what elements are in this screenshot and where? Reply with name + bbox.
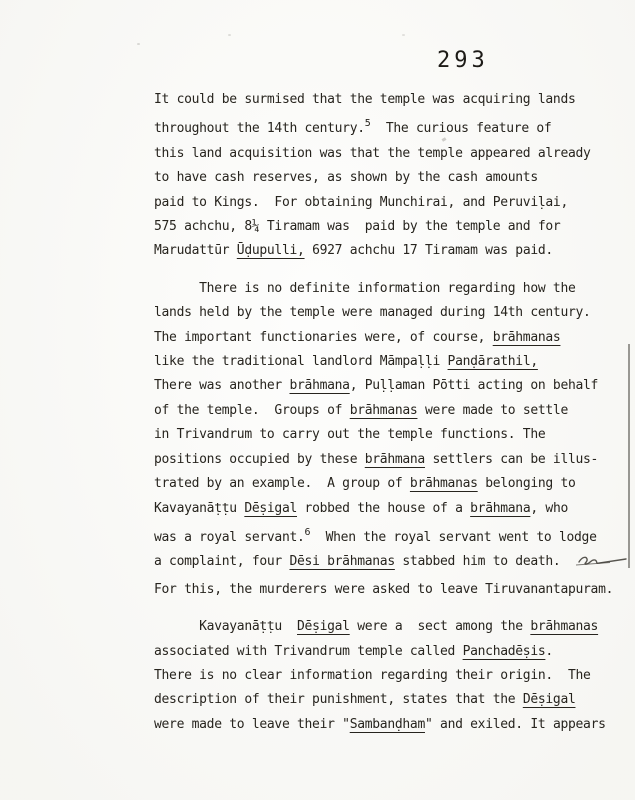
text-line: throughout the 14th century.5 The curiou… [154, 112, 624, 141]
pen-squiggle [574, 553, 628, 577]
text-segment: The curious feature of [371, 121, 552, 136]
text-segment: were a sect among the [350, 619, 531, 634]
text-segment: 575 achchu, 8¼ Tiramam was paid by the t… [154, 219, 560, 234]
text-line: Kavayanāṭṭu Dēṣigal robbed the house of … [154, 497, 624, 521]
text-line: It could be surmised that the temple was… [154, 88, 624, 112]
text-line: paid to Kings. For obtaining Munchirai, … [154, 191, 624, 215]
text-segment: There is no definite information regardi… [154, 281, 576, 296]
text-line: There was another brāhmana, Puḷḷaman Pōt… [154, 374, 624, 398]
underlined-term: brāhmanas [410, 476, 478, 491]
underlined-term: brāhmana [470, 501, 530, 516]
text-segment: of the temple. Groups of [154, 403, 350, 418]
text-segment: The important functionaries were, of cou… [154, 330, 493, 345]
underlined-term: brāhmanas [493, 330, 561, 345]
text-segment: throughout the 14th century. [154, 121, 365, 136]
text-segment: a complaint, four [154, 554, 289, 569]
text-line: description of their punishment, states … [154, 688, 624, 712]
underlined-term: Panḍārathil, [448, 354, 538, 369]
document-page: 293 It could be surmised that the temple… [0, 0, 635, 800]
paragraph-3: Kavayanāṭṭu Dēṣigal were a sect among th… [154, 615, 624, 737]
text-segment: For this, the murderers were asked to le… [154, 582, 613, 597]
underlined-term: Panchadēṣis [463, 644, 546, 659]
text-segment: trated by an example. A group of [154, 476, 410, 491]
text-segment: It could be surmised that the temple was… [154, 92, 576, 107]
text-segment: description of their punishment, states … [154, 692, 523, 707]
text-line: was a royal servant.6 When the royal ser… [154, 521, 624, 550]
text-line: a complaint, four Dēsi brāhmanas stabbed… [154, 550, 624, 577]
text-segment: . [545, 644, 553, 659]
underlined-term: Sambanḍham [350, 717, 425, 732]
underlined-term: Dēsi brāhmanas [289, 554, 394, 569]
text-segment: 6927 achchu 17 Tiramam was paid. [305, 243, 553, 258]
text-line: to have cash reserves, as shown by the c… [154, 166, 624, 190]
text-segment: , Puḷḷaman Pōtti acting on behalf [350, 378, 598, 393]
text-line: 575 achchu, 8¼ Tiramam was paid by the t… [154, 215, 624, 239]
text-line: trated by an example. A group of brāhman… [154, 472, 624, 496]
text-segment: lands held by the temple were managed du… [154, 305, 591, 320]
text-segment: this land acquisition was that the templ… [154, 146, 591, 161]
scan-speck [228, 34, 231, 36]
text-line: The important functionaries were, of cou… [154, 326, 624, 350]
underlined-term: brāhmanas [530, 619, 598, 634]
text-segment: was a royal servant. [154, 530, 305, 545]
paragraph-1: It could be surmised that the temple was… [154, 88, 624, 264]
scan-edge-line-artifact [628, 344, 630, 568]
text-segment: , who [530, 501, 568, 516]
text-line: associated with Trivandrum temple called… [154, 640, 624, 664]
text-segment: There is no clear information regarding … [154, 668, 591, 683]
text-line: like the traditional landlord Māmpaḷḷi P… [154, 350, 624, 374]
text-line: There is no clear information regarding … [154, 664, 624, 688]
text-segment: paid to Kings. For obtaining Munchirai, … [154, 195, 568, 210]
body-text-block: It could be surmised that the temple was… [154, 88, 624, 750]
underlined-term: Ūḍupulli, [237, 243, 305, 258]
page-number: 293 [437, 48, 489, 73]
text-segment: Kavayanāṭṭu [154, 619, 297, 634]
text-line: Marudattūr Ūḍupulli, 6927 achchu 17 Tira… [154, 239, 624, 263]
text-line: in Trivandrum to carry out the temple fu… [154, 423, 624, 447]
text-line: were made to leave their "Sambanḍham" an… [154, 713, 624, 737]
underlined-term: brāhmanas [350, 403, 418, 418]
text-line: Kavayanāṭṭu Dēṣigal were a sect among th… [154, 615, 624, 639]
text-segment: When the royal servant went to lodge [311, 530, 597, 545]
underlined-term: brāhmana [289, 378, 349, 393]
text-line: of the temple. Groups of brāhmanas were … [154, 399, 624, 423]
underlined-term: brāhmana [365, 452, 425, 467]
text-segment: positions occupied by these [154, 452, 365, 467]
text-segment: belonging to [478, 476, 576, 491]
text-line: lands held by the temple were managed du… [154, 301, 624, 325]
text-segment: Marudattūr [154, 243, 237, 258]
text-segment: settlers can be illus- [425, 452, 598, 467]
text-segment: like the traditional landlord Māmpaḷḷi [154, 354, 448, 369]
text-line: this land acquisition was that the templ… [154, 142, 624, 166]
underlined-term: Dēṣigal [523, 692, 576, 707]
pen-squiggle-icon [574, 554, 628, 568]
text-segment: were made to settle [417, 403, 568, 418]
text-segment: were made to leave their " [154, 717, 350, 732]
text-line: positions occupied by these brāhmana set… [154, 448, 624, 472]
text-segment: associated with Trivandrum temple called [154, 644, 463, 659]
text-segment: robbed the house of a [297, 501, 470, 516]
text-segment: to have cash reserves, as shown by the c… [154, 170, 538, 185]
text-segment: Kavayanāṭṭu [154, 501, 244, 516]
text-segment: in Trivandrum to carry out the temple fu… [154, 427, 545, 442]
scan-speck [137, 43, 140, 45]
paragraph-2: There is no definite information regardi… [154, 277, 624, 602]
text-line: For this, the murderers were asked to le… [154, 578, 624, 602]
underlined-term: Dēṣigal [297, 619, 350, 634]
scan-speck [402, 34, 405, 36]
text-segment: " and exiled. It appears [425, 717, 606, 732]
text-line: There is no definite information regardi… [154, 277, 624, 301]
underlined-term: Dēṣigal [244, 501, 297, 516]
text-segment: There was another [154, 378, 289, 393]
text-segment: stabbed him to death. [395, 554, 561, 569]
